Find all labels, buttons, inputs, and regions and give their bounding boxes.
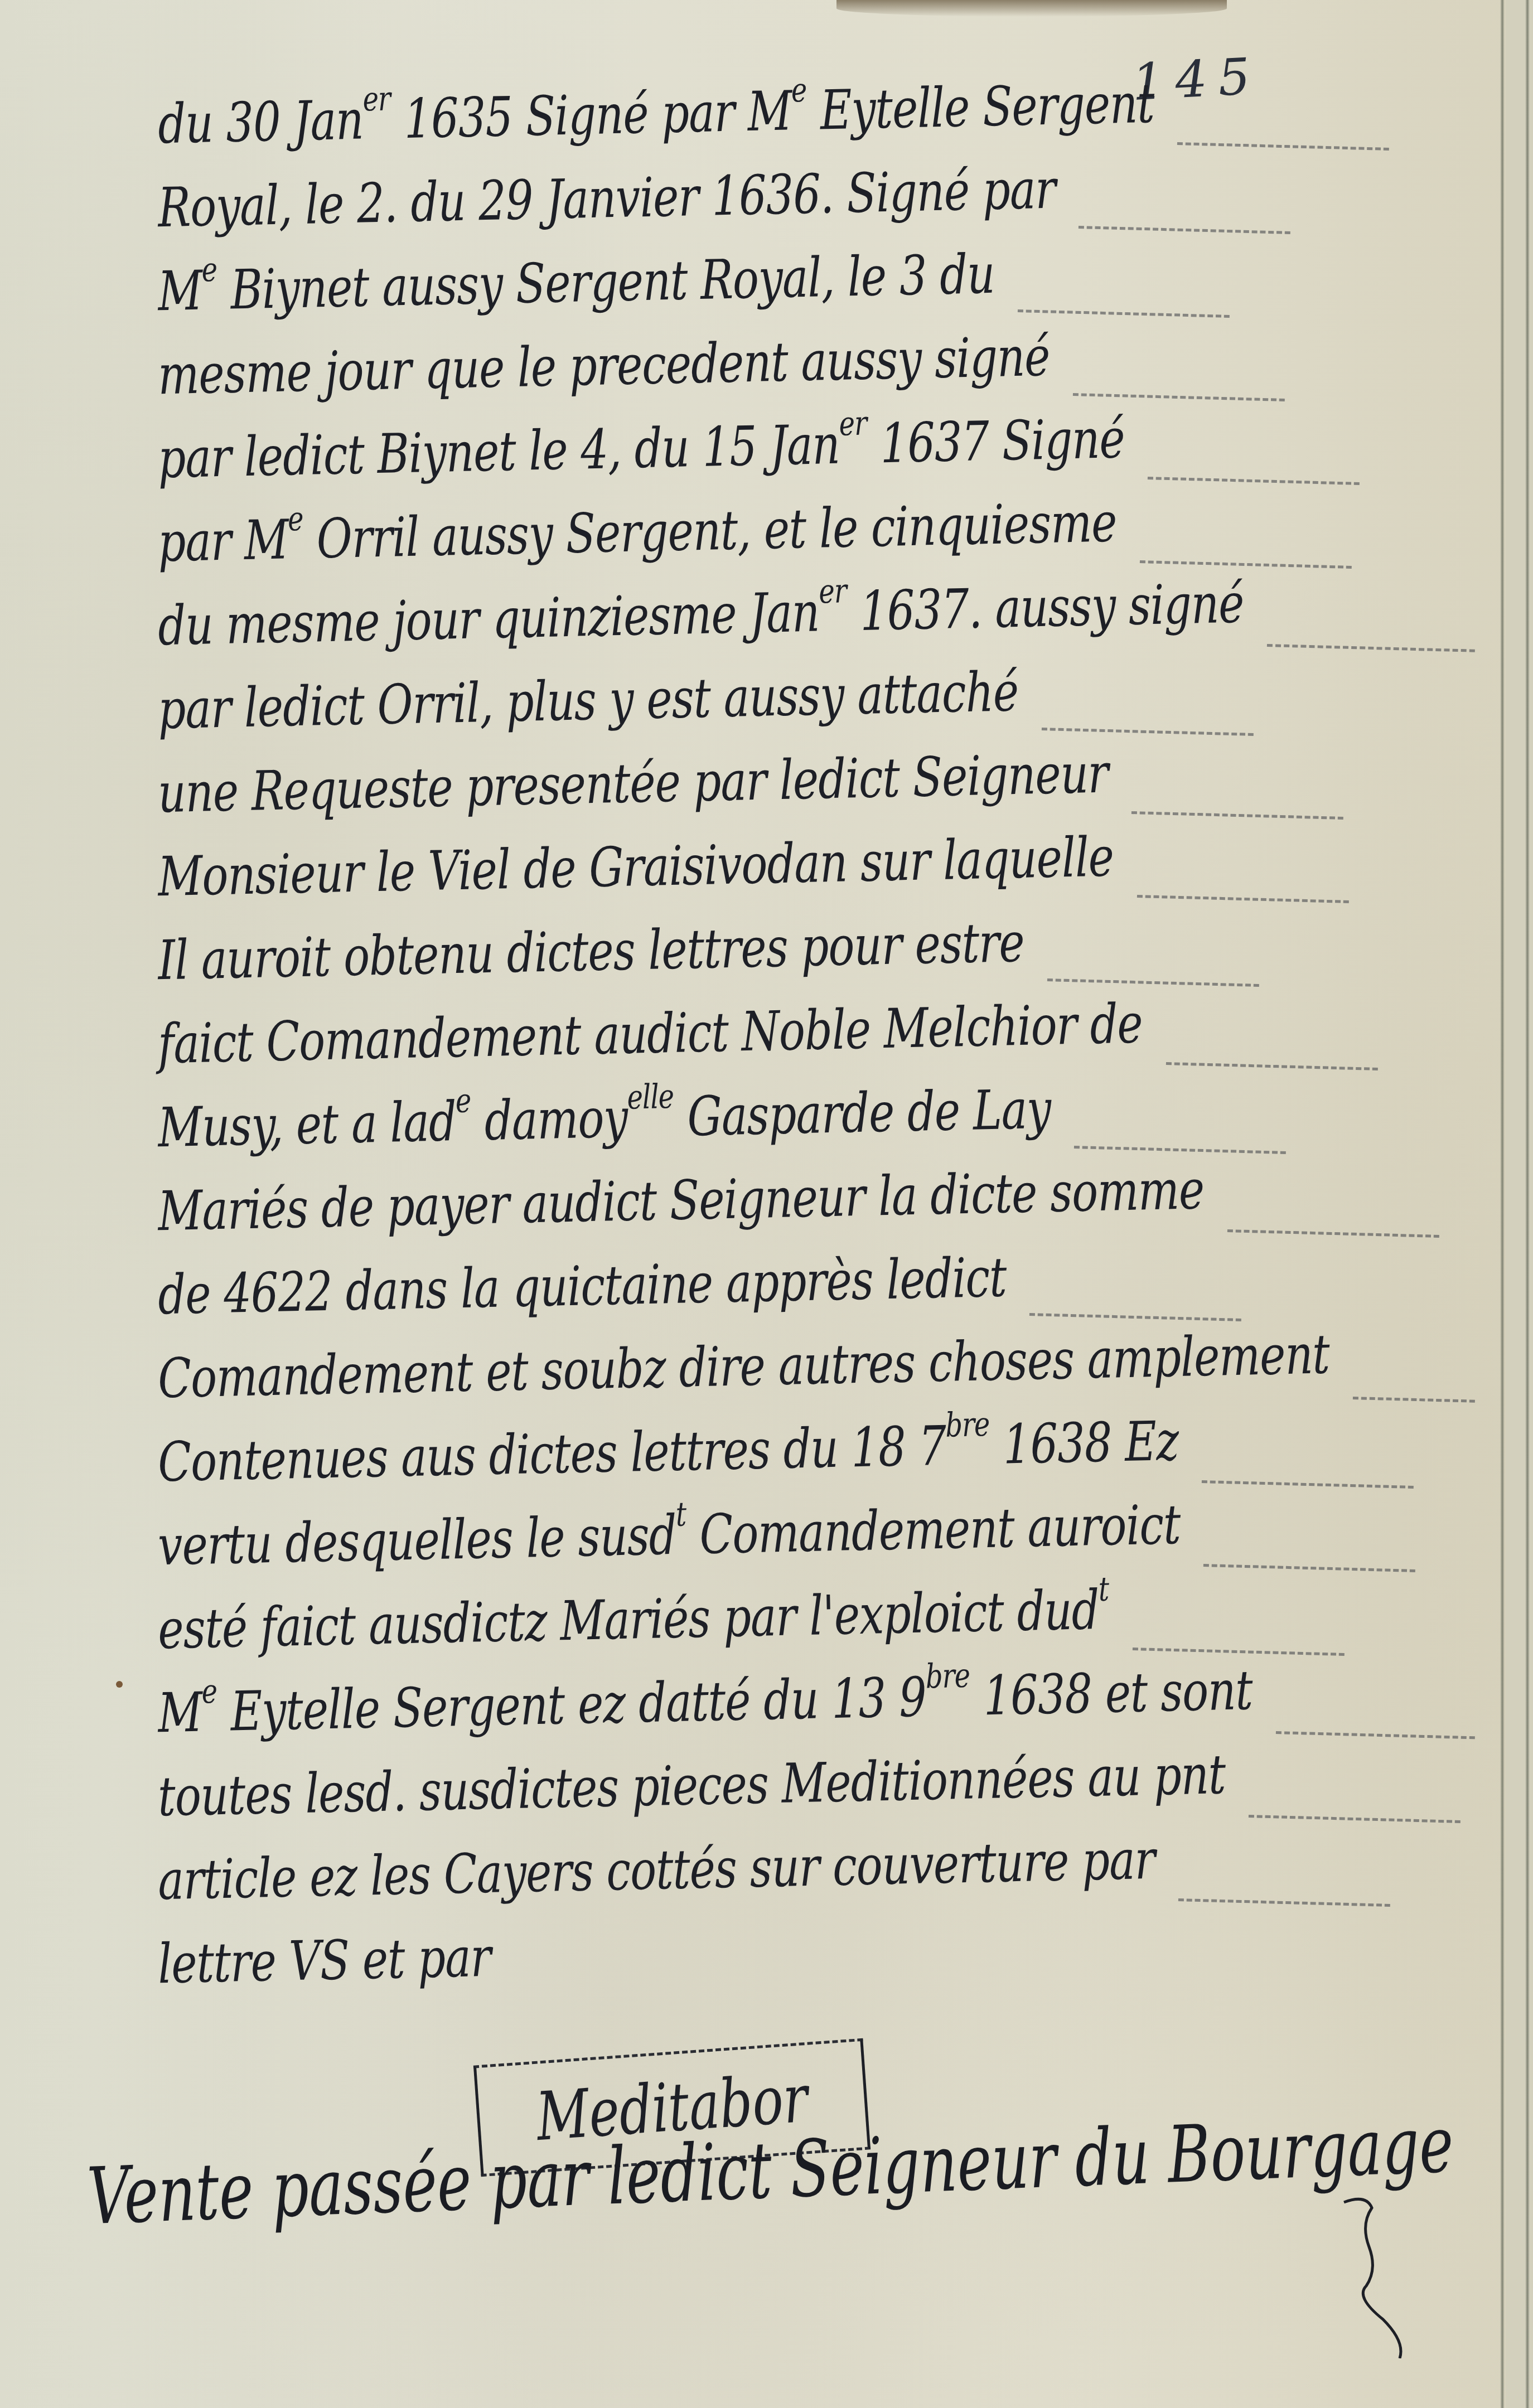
text-run: 1638 et sont: [970, 1659, 1253, 1728]
line-text: par Me Orril aussy Sergent, et le cinqui…: [157, 485, 1118, 585]
manuscript-page: 145 du 30 Janer 1635 Signé par Me Eytell…: [0, 0, 1533, 2408]
superscript-abbrev: bre: [945, 1405, 990, 1445]
superscript-abbrev: t: [675, 1495, 686, 1534]
text-run: esté faict ausdictz Mariés par l'exploic…: [157, 1579, 1100, 1661]
line-filler-dash: [1047, 976, 1259, 987]
line-filler-dash: [1275, 1729, 1475, 1739]
text-run: Royal, le 2. du 29 Janvier 1636. Signé p…: [157, 158, 1056, 240]
superscript-abbrev: e: [455, 1082, 471, 1121]
manuscript-line: une Requeste presentée par ledict Seigne…: [159, 753, 1497, 836]
text-run: Eytelle Sergent ez datté du 13 9: [216, 1666, 926, 1744]
line-filler-dash: [1074, 1144, 1286, 1154]
page-border-line: [1525, 0, 1530, 2408]
line-text: Monsieur le Viel de Graisivodan sur laqu…: [157, 830, 1114, 920]
superscript-abbrev: bre: [925, 1656, 970, 1697]
text-run: 1637 Signé: [867, 408, 1125, 476]
text-run: toutes lesd. susdictes pieces Meditionné…: [157, 1743, 1226, 1829]
manuscript-line: Comandement et soubz dire autres choses …: [159, 1338, 1497, 1422]
line-text: article ez les Cayers cottés sur couvert…: [157, 1833, 1155, 1924]
manuscript-line: esté faict ausdictz Mariés par l'exploic…: [159, 1589, 1497, 1673]
superscript-abbrev: t: [1098, 1570, 1109, 1609]
line-filler-dash: [1166, 1060, 1377, 1070]
superscript-abbrev: er: [819, 571, 847, 611]
text-run: Comandement auroict: [686, 1494, 1181, 1567]
manuscript-line: mesme jour que le precedent aussy signé: [159, 335, 1497, 418]
flourish-brace-icon: [1338, 2191, 1439, 2358]
line-text: toutes lesd. susdictes pieces Meditionné…: [157, 1748, 1226, 1840]
line-text: Musy, et a lade damoyelle Gasparde de La…: [157, 1072, 1052, 1171]
manuscript-line: vertu desquelles le susdt Comandement au…: [159, 1505, 1497, 1589]
text-run: du mesme jour quinziesme Jan: [157, 582, 820, 658]
manuscript-line: Me Biynet aussy Sergent Royal, le 3 du: [159, 251, 1497, 335]
manuscript-line: Monsieur le Viel de Graisivodan sur laqu…: [159, 836, 1497, 920]
text-run: M: [157, 260, 202, 323]
line-filler-dash: [1267, 642, 1475, 652]
manuscript-line: Mariés de payer audict Seigneur la dicte…: [159, 1171, 1497, 1254]
line-text: Me Biynet aussy Sergent Royal, le 3 du: [157, 237, 995, 335]
line-text: du 30 Janer 1635 Signé par Me Eytelle Se…: [157, 66, 1155, 167]
line-text: une Requeste presentée par ledict Seigne…: [157, 747, 1109, 836]
manuscript-line: article ez les Cayers cottés sur couvert…: [159, 1840, 1497, 1924]
margin-rule: [1500, 0, 1505, 2408]
line-filler-dash: [1131, 809, 1343, 820]
line-filler-dash: [1148, 474, 1360, 485]
text-run: une Requeste presentée par ledict Seigne…: [157, 743, 1109, 825]
superscript-abbrev: e: [201, 250, 217, 290]
line-filler-dash: [1178, 1896, 1390, 1907]
line-filler-dash: [1177, 140, 1389, 151]
line-filler-dash: [1137, 893, 1349, 903]
text-run: Il auroit obtenu dictes lettres pour est…: [157, 912, 1024, 992]
line-filler-dash: [1353, 1394, 1475, 1403]
manuscript-line: du 30 Janer 1635 Signé par Me Eytelle Se…: [159, 84, 1497, 167]
text-run: par ledict Orril, plus y est aussy attac…: [157, 661, 1019, 742]
line-filler-dash: [1029, 1311, 1241, 1321]
manuscript-line: par ledict Biynet le 4, du 15 Janer 1637…: [159, 418, 1497, 502]
superscript-abbrev: e: [287, 500, 303, 539]
line-text: Il auroit obtenu dictes lettres pour est…: [157, 915, 1025, 1004]
text-run: vertu desquelles le susd: [157, 1504, 676, 1578]
text-run: 1637. aussy signé: [846, 573, 1244, 643]
text-run: lettre VS et par: [157, 1926, 491, 1996]
superscript-abbrev: e: [791, 71, 807, 110]
superscript-abbrev: elle: [627, 1077, 674, 1117]
binding-shadow: [836, 0, 1227, 17]
line-text: de 4622 dans la quictaine apprès ledict: [157, 1251, 1007, 1338]
manuscript-line: Royal, le 2. du 29 Janvier 1636. Signé p…: [159, 167, 1497, 251]
line-text: Royal, le 2. du 29 Janvier 1636. Signé p…: [157, 162, 1056, 251]
text-run: Orril aussy Sergent, et le cinquiesme: [303, 492, 1117, 571]
line-filler-dash: [1227, 1227, 1439, 1238]
superscript-abbrev: er: [362, 80, 391, 119]
manuscript-line: lettre VS et par: [159, 1924, 1497, 2007]
manuscript-line: Musy, et a lade damoyelle Gasparde de La…: [159, 1087, 1497, 1171]
line-text: lettre VS et par: [157, 1931, 491, 2007]
manuscript-line: toutes lesd. susdictes pieces Meditionné…: [159, 1756, 1497, 1840]
manuscript-line: Il auroit obtenu dictes lettres pour est…: [159, 920, 1497, 1004]
line-filler-dash: [1079, 224, 1290, 234]
line-filler-dash: [1073, 391, 1285, 401]
line-filler-dash: [1249, 1813, 1461, 1823]
manuscript-line: par ledict Orril, plus y est aussy attac…: [159, 669, 1497, 753]
line-text: Mariés de payer audict Seigneur la dicte…: [157, 1163, 1205, 1254]
manuscript-line: du mesme jour quinziesme Janer 1637. aus…: [159, 585, 1497, 669]
text-run: damoy: [471, 1087, 628, 1153]
text-run: par ledict Biynet le 4, du 15 Jan: [157, 414, 840, 491]
text-run: mesme jour que le precedent aussy signé: [157, 326, 1050, 407]
line-filler-dash: [1140, 558, 1352, 569]
line-filler-dash: [1203, 1562, 1415, 1572]
text-run: Musy, et a lad: [157, 1091, 457, 1160]
text-run: Mariés de payer audict Seigneur la dicte…: [157, 1159, 1205, 1243]
ink-spot: [116, 1681, 123, 1688]
line-filler-dash: [1018, 307, 1230, 318]
text-run: Eytelle Sergent: [806, 72, 1155, 143]
text-run: Gasparde de Lay: [674, 1078, 1052, 1149]
manuscript-body: du 30 Janer 1635 Signé par Me Eytelle Se…: [159, 84, 1497, 2007]
text-run: de 4622 dans la quictaine apprès ledict: [157, 1247, 1007, 1327]
text-run: faict Comandement audict Noble Melchior …: [157, 993, 1143, 1076]
text-run: Biynet aussy Sergent Royal, le 3 du: [216, 243, 995, 322]
line-filler-dash: [1202, 1478, 1414, 1489]
line-text: par ledict Orril, plus y est aussy attac…: [157, 665, 1019, 753]
text-run: du 30 Jan: [157, 89, 364, 156]
text-run: 1635 Signé par M: [390, 80, 792, 152]
line-filler-dash: [1042, 725, 1254, 736]
text-run: article ez les Cayers cottés sur couvert…: [157, 1829, 1155, 1912]
manuscript-line: Contenues aus dictes lettres du 18 7bre …: [159, 1422, 1497, 1505]
superscript-abbrev: er: [839, 404, 867, 444]
text-run: 1638 Ez: [989, 1410, 1179, 1477]
text-run: par M: [157, 509, 289, 574]
text-run: M: [157, 1682, 202, 1745]
text-run: Contenues aus dictes lettres du 18 7: [157, 1415, 946, 1494]
manuscript-line: Me Eytelle Sergent ez datté du 13 9bre 1…: [159, 1673, 1497, 1756]
text-run: Monsieur le Viel de Graisivodan sur laqu…: [157, 826, 1114, 909]
manuscript-line: faict Comandement audict Noble Melchior …: [159, 1004, 1497, 1087]
superscript-abbrev: e: [201, 1672, 217, 1712]
line-text: mesme jour que le precedent aussy signé: [157, 330, 1050, 418]
